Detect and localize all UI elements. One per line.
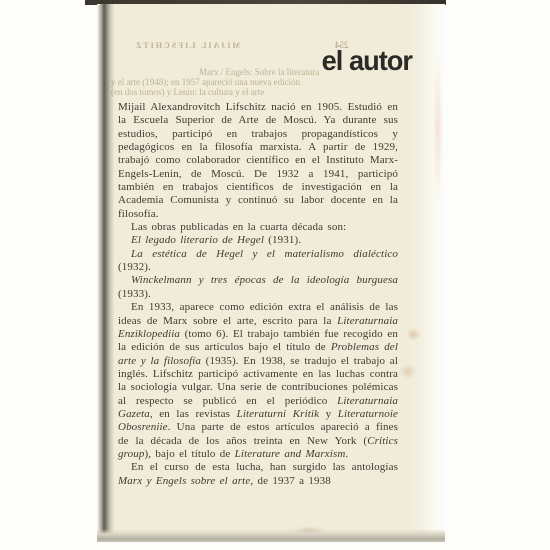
paragraph: Mijail Alexandrovitch Lifschitz nació en… (118, 101, 398, 221)
work-title-italic: Marx y Engels sobre el arte (118, 475, 250, 487)
text-segment: (1932). (118, 261, 151, 273)
paragraph: La estética de Hegel y el materialismo d… (118, 248, 398, 275)
page-bottom-edge (97, 529, 445, 542)
paragraph: En el curso de esta lucha, han surgido l… (118, 461, 398, 488)
text-segment: (1933). (118, 288, 151, 300)
work-title-italic: Winckelmann y tres épocas de la ideologí… (131, 274, 398, 286)
work-title-italic: Literature and Marxism (235, 448, 346, 460)
work-title-italic: Literaturni Kritik (237, 408, 320, 420)
paragraph: Winckelmann y tres épocas de la ideologí… (118, 274, 398, 301)
body-text: Mijail Alexandrovitch Lifschitz nació en… (118, 101, 398, 488)
paragraph: En 1933, aparece como edición extra el a… (118, 301, 398, 461)
work-title-italic: La estética de Hegel y el materialismo d… (131, 248, 398, 260)
text-segment: . (345, 448, 348, 460)
text-segment: (1931). (264, 234, 301, 246)
text-segment: , en las revistas (150, 408, 237, 420)
text-segment: En el curso de esta lucha, han surgido l… (131, 461, 398, 473)
bleedthrough-line: y el arte (1948); en 1957 apareció una n… (111, 77, 425, 87)
work-title-italic: El legado literario de Hegel (131, 234, 264, 246)
paragraph: Las obras publicadas en la cuarta década… (118, 221, 398, 234)
text-segment: Mijail Alexandrovitch Lifschitz nació en… (118, 101, 398, 220)
text-segment: Las obras publicadas en la cuarta década… (131, 221, 346, 233)
text-segment: y (319, 408, 338, 420)
book-page: MIJAIL LIFSCHITZ 254 Marx / Engels: Sobr… (97, 4, 445, 542)
page-title: el autor (106, 46, 412, 76)
text-segment: , de 1937 a 1938 (250, 475, 331, 487)
text-segment: ), bajo el título de (144, 448, 234, 460)
scan-background: { "document": { "kind": "scanned-book-pa… (0, 0, 550, 550)
bleedthrough-line: (en dos tomos) y Lenin: la cultura y el … (111, 87, 425, 97)
paragraph: El legado literario de Hegel (1931). (118, 234, 398, 247)
